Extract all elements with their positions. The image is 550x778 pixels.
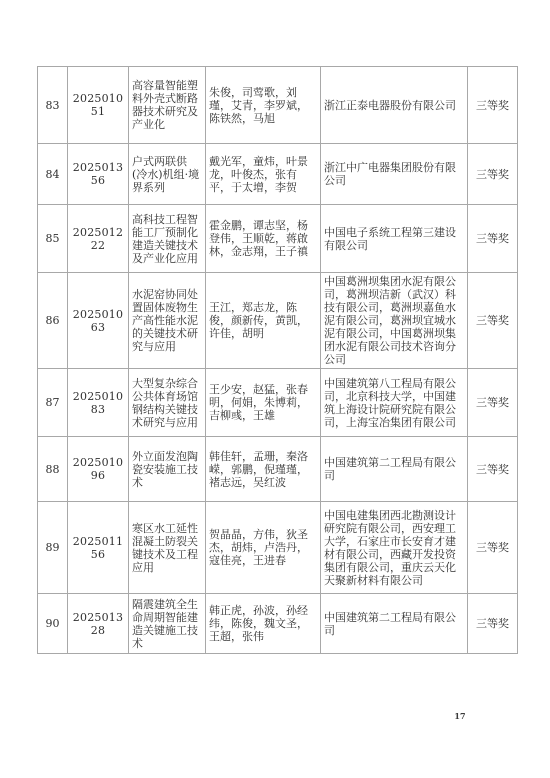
award-level-badge: 三等奖	[468, 273, 518, 369]
row-index: 89	[38, 502, 68, 594]
project-code: 202501356	[68, 144, 129, 205]
organization-names: 中国电建集团西北勘测设计研究院有限公司，西安理工大学，石家庄市长安育才建材有限公…	[321, 502, 468, 594]
table-row: 84 202501356 户式两联供(冷水)机组·境界系列 戴光军，童炜，叶景龙…	[38, 144, 518, 205]
organization-names: 中国建筑第二工程局有限公司	[321, 594, 468, 654]
organization-names: 中国建筑第二工程局有限公司	[321, 437, 468, 502]
award-level-badge: 三等奖	[468, 144, 518, 205]
award-level-badge: 三等奖	[468, 594, 518, 654]
contributor-names: 韩正虎，孙波，孙经纬，陈俊，魏文圣，王超，张伟	[206, 594, 321, 654]
award-level-badge: 三等奖	[468, 205, 518, 273]
awards-table-body: 83 202501051 高容量智能塑料外壳式断路器技术研究及产业化 朱俊，司莺…	[38, 67, 518, 654]
page-number: 17	[450, 711, 470, 721]
row-index: 83	[38, 67, 68, 144]
contributor-names: 贺晶晶，方伟，狄圣杰，胡炜，卢浩丹，寇佳亮，王进春	[206, 502, 321, 594]
award-level-badge: 三等奖	[468, 369, 518, 437]
organization-names: 中国建筑第八工程局有限公司，北京科技大学，中国建筑上海设计院研究院有限公司，上海…	[321, 369, 468, 437]
row-index: 86	[38, 273, 68, 369]
table-row: 87 202501083 大型复杂综合公共体育场馆钢结构关键技术研究与应用 王少…	[38, 369, 518, 437]
awards-table: 83 202501051 高容量智能塑料外壳式断路器技术研究及产业化 朱俊，司莺…	[37, 66, 518, 654]
row-index: 87	[38, 369, 68, 437]
table-row: 88 202501096 外立面发泡陶瓷安装施工技术 韩佳轩，孟珊，秦洛嵘，郭鹏…	[38, 437, 518, 502]
project-name: 水泥窑协同处置固体废物生产高性能水泥的关键技术研究与应用	[129, 273, 206, 369]
award-level-badge: 三等奖	[468, 67, 518, 144]
organization-names: 浙江中广电器集团股份有限公司	[321, 144, 468, 205]
table-row: 85 202501222 高科技工程智能工厂预制化建造关键技术及产业化应用 霍金…	[38, 205, 518, 273]
project-name: 隔震建筑全生命周期智能建造关键施工技术	[129, 594, 206, 654]
contributor-names: 王少安，赵猛，张春明，何娟，朱博莉，吉柳彧，王雄	[206, 369, 321, 437]
project-name: 寒区水工延性混凝土防裂关键技术及工程应用	[129, 502, 206, 594]
award-level-badge: 三等奖	[468, 502, 518, 594]
table-row: 86 202501063 水泥窑协同处置固体废物生产高性能水泥的关键技术研究与应…	[38, 273, 518, 369]
row-index: 84	[38, 144, 68, 205]
contributor-names: 朱俊，司莺歌，刘瑾，艾青，李罗斌，陈铁然，马旭	[206, 67, 321, 144]
row-index: 85	[38, 205, 68, 273]
project-code: 202501083	[68, 369, 129, 437]
project-code: 202501156	[68, 502, 129, 594]
award-level-badge: 三等奖	[468, 437, 518, 502]
project-name: 外立面发泡陶瓷安装施工技术	[129, 437, 206, 502]
table-row: 83 202501051 高容量智能塑料外壳式断路器技术研究及产业化 朱俊，司莺…	[38, 67, 518, 144]
table-row: 89 202501156 寒区水工延性混凝土防裂关键技术及工程应用 贺晶晶，方伟…	[38, 502, 518, 594]
table-row: 90 202501328 隔震建筑全生命周期智能建造关键施工技术 韩正虎，孙波，…	[38, 594, 518, 654]
organization-names: 中国葛洲坝集团水泥有限公司，葛洲坝洁新（武汉）科技有限公司，葛洲坝嘉鱼水泥有限公…	[321, 273, 468, 369]
project-name: 高容量智能塑料外壳式断路器技术研究及产业化	[129, 67, 206, 144]
contributor-names: 王江，郑志龙，陈俊，颜新传，黄凯，许佳，胡明	[206, 273, 321, 369]
project-name: 户式两联供(冷水)机组·境界系列	[129, 144, 206, 205]
project-code: 202501328	[68, 594, 129, 654]
project-code: 202501222	[68, 205, 129, 273]
row-index: 90	[38, 594, 68, 654]
contributor-names: 戴光军，童炜，叶景龙，叶俊杰，张有平，于太增，李贺	[206, 144, 321, 205]
contributor-names: 霍金鹏，谭志坚，杨登伟，王顺乾，蒋啟林，金志翔，王子禛	[206, 205, 321, 273]
project-code: 202501096	[68, 437, 129, 502]
organization-names: 中国电子系统工程第三建设有限公司	[321, 205, 468, 273]
project-name: 大型复杂综合公共体育场馆钢结构关键技术研究与应用	[129, 369, 206, 437]
row-index: 88	[38, 437, 68, 502]
project-code: 202501051	[68, 67, 129, 144]
organization-names: 浙江正泰电器股份有限公司	[321, 67, 468, 144]
contributor-names: 韩佳轩，孟珊，秦洛嵘，郭鹏，倪瑾瑾，褚志远，吴红波	[206, 437, 321, 502]
project-name: 高科技工程智能工厂预制化建造关键技术及产业化应用	[129, 205, 206, 273]
project-code: 202501063	[68, 273, 129, 369]
